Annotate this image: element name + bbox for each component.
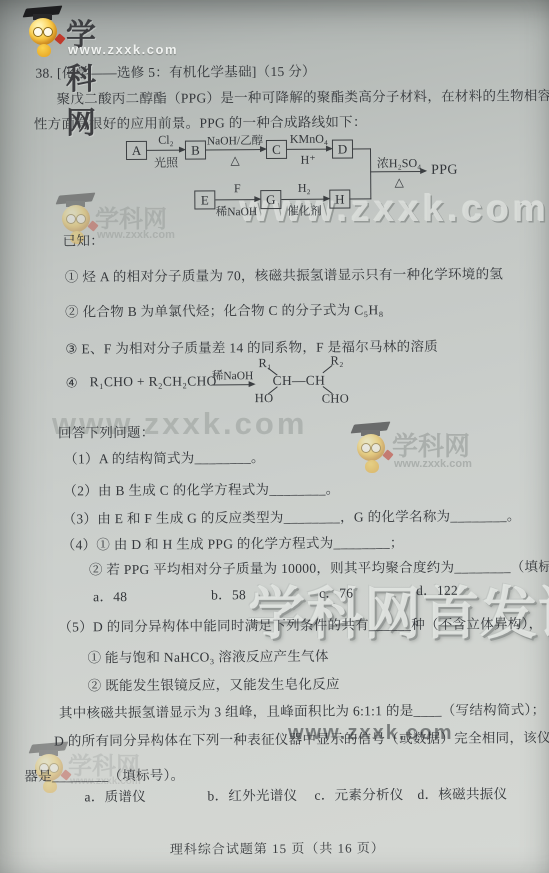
logo-site-name: 学科网 (66, 10, 98, 142)
reaction-arrow (147, 150, 184, 151)
question-5-cond-2: ② 既能发生银镜反应，又能发生皂化反应 (88, 673, 340, 695)
question-4-options: a．48 b．58 c．76 d．122 (0, 0, 546, 2)
option-a: a．48 (93, 585, 127, 605)
structure-ch-ch: CH—CH (273, 373, 326, 389)
condition-dilute-naoh: 稀NaOH (210, 203, 262, 219)
scheme-node-c: C (266, 140, 287, 159)
question-3: （3）由 E 和 F 生成 G 的反应类型为________，G 的化学名称为_… (62, 504, 520, 527)
option-c: c．元素分析仪 (314, 783, 403, 804)
condition-dilute-naoh: 稀NaOH (209, 367, 257, 383)
bond-line (323, 365, 333, 373)
scheme-product-ppg: PPG (431, 163, 458, 179)
question-6-options: a．质谱仪 b．红外光谱仪 c．元素分析仪 d．核磁共振仪 (0, 0, 546, 2)
scheme-node-a: A (126, 141, 147, 160)
known-item-4: ④ R₁CHO + R₂CH₂CHO 稀NaOH R₁ R₂ CH—CH HO … (0, 0, 546, 2)
known-label: 已知： (63, 229, 105, 249)
connector-line (349, 198, 371, 199)
question-6-line-2: 器是________（填标号）。 (24, 764, 184, 785)
question-4-part-1: （4）① 由 D 和 H 生成 PPG 的化学方程式为________； (62, 531, 404, 553)
reaction-arrow (206, 149, 265, 150)
reagent-kmno4: KMnO₄ (285, 132, 333, 147)
condition-acid: H⁺ (293, 153, 323, 168)
reaction-arrow (281, 199, 328, 200)
reagent-f: F (220, 181, 254, 196)
item-4-number: ④ (66, 375, 79, 391)
question-6-line-1: D 的所有同分异构体在下列一种表征仪器中显示的信号（或数据）完全相同，该仪 (54, 726, 549, 749)
known-item-2: ② 化合物 B 为单氯代烃；化合物 C 的分子式为 C₅H₈ (65, 298, 384, 320)
reaction-arrow (212, 384, 254, 385)
question-5-nmr: 其中核磁共振氢谱显示为 3 组峰，且峰面积比为 6:1:1 的是____（写结构… (59, 698, 546, 721)
condition-catalyst: 催化剂 (283, 203, 325, 219)
reaction-arrow (287, 149, 331, 150)
condition-light: 光照 (148, 154, 184, 171)
question-2: （2）由 B 生成 C 的化学方程式为________。 (63, 478, 339, 500)
reagent-conc-h2so4: 浓H₂SO₄ (372, 154, 426, 171)
structure-ho: HO (255, 391, 274, 406)
option-b: b．58 (211, 583, 246, 603)
intro-line-1: 聚戊二酸丙二醇酯（PPG）是一种可降解的聚酯类高分子材料，在材料的生物相容 (57, 84, 549, 107)
reagent-cl2: Cl₂ (148, 133, 184, 148)
questions-lead: 回答下列问题： (58, 421, 155, 442)
condition-heat: △ (384, 175, 414, 190)
question-5: （5）D 的同分异构体中能同时满足下列条件的共有______种（不含立体异构）， (58, 612, 542, 635)
option-c: c．76 (319, 581, 353, 601)
known-item-1: ① 烃 A 的相对分子质量为 70，核磁共振氢谱显示只有一种化学环境的氢 (65, 262, 503, 285)
known-item-3: ③ E、F 为相对分子质量差 14 的同系物，F 是福尔马林的溶质 (65, 335, 438, 358)
connector-line (352, 148, 371, 149)
scheme-node-d: D (332, 139, 353, 158)
reagent-h2: H₂ (289, 181, 319, 196)
question-1: （1）A 的结构简式为________。 (64, 446, 265, 467)
reaction-arrow (215, 199, 259, 200)
condition-heat: △ (220, 153, 250, 168)
logo-site-url: www.zxxk.com (68, 42, 178, 57)
option-b: b．红外光谱仪 (207, 784, 297, 805)
question-5-cond-1: ① 能与饱和 NaHCO₃ 溶液反应产生气体 (87, 645, 328, 667)
item-4-reactants: R₁CHO + R₂CH₂CHO (90, 373, 217, 390)
option-a: a．质谱仪 (84, 785, 146, 805)
scheme-node-h: H (329, 189, 350, 208)
mascot-icon (22, 6, 68, 60)
exam-paper-page: www.zxxk.com 学科网 www.zxxk.com www.zxxk.c… (0, 0, 549, 873)
structure-cho: CHO (322, 391, 349, 406)
synthesis-scheme: A Cl₂ 光照 B NaOH/乙醇 △ C KMnO₄ H⁺ D E F 稀N… (0, 0, 546, 2)
page-footer: 理科综合试题第 15 页（共 16 页） (3, 836, 549, 859)
option-d: d．122 (416, 579, 458, 599)
structure-r2: R₂ (330, 354, 343, 369)
question-number: 38. (35, 66, 53, 81)
scheme-node-g: G (260, 190, 281, 209)
option-d: d．核磁共振仪 (417, 782, 507, 803)
question-4-part-2: ② 若 PPG 平均相对分子质量为 10000，则其平均聚合度约为_______… (89, 555, 549, 578)
reagent-naoh-ethanol: NaOH/乙醇 (203, 132, 267, 148)
